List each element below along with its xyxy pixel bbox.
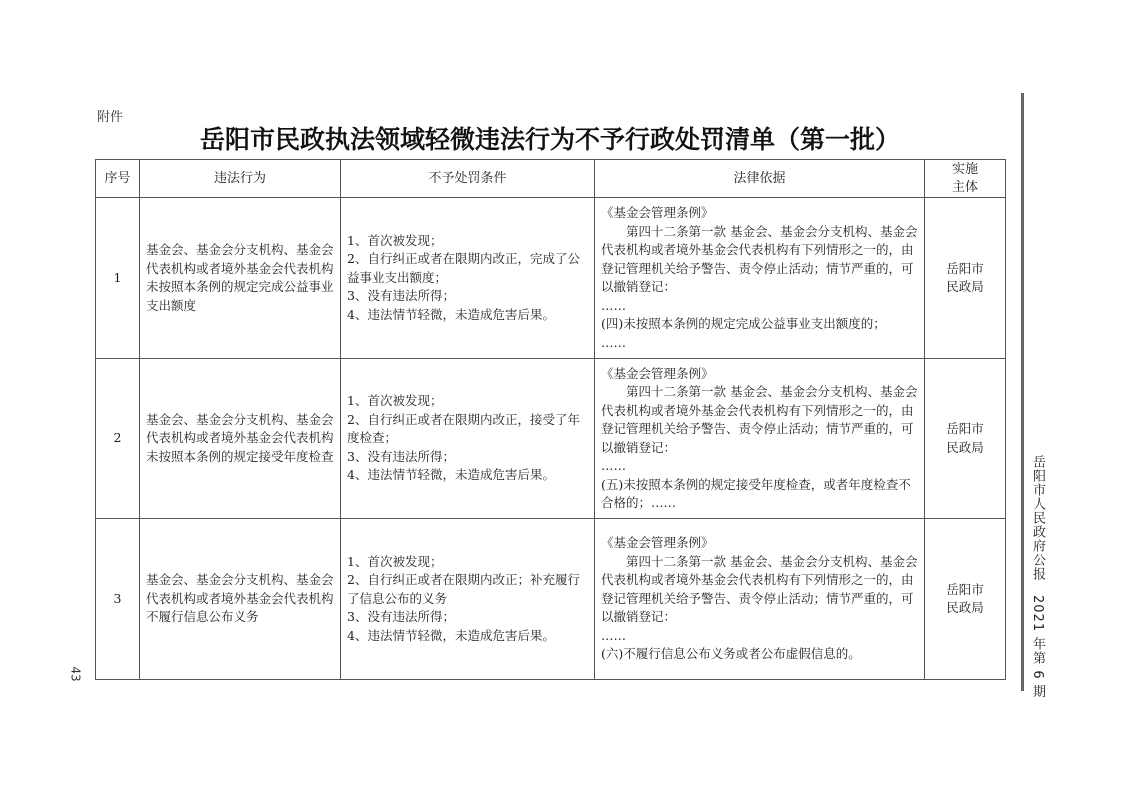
legal-basis-cell: 《基金会管理条例》 第四十二条第一款 基金会、基金会分支机构、基金会代表机构或者… (595, 198, 925, 359)
law-article: 第四十二条第一款 基金会、基金会分支机构、基金会代表机构或者境外基金会代表机构有… (601, 383, 918, 457)
table-row: 1 基金会、基金会分支机构、基金会代表机构或者境外基金会代表机构未按照本条例的规… (96, 198, 1006, 359)
subject-line1: 岳阳市 (931, 581, 999, 600)
law-name: 《基金会管理条例》 (601, 534, 918, 553)
condition-item: 1、首次被发现； (347, 553, 588, 572)
condition-item: 4、违法情节轻微，未造成危害后果。 (347, 306, 588, 325)
law-item: (六)不履行信息公布义务或者公布虚假信息的。 (601, 645, 918, 664)
violation-cell: 基金会、基金会分支机构、基金会代表机构或者境外基金会代表机构未按照本条例的规定完… (140, 198, 341, 359)
violation-cell: 基金会、基金会分支机构、基金会代表机构或者境外基金会代表机构未按照本条例的规定接… (140, 359, 341, 519)
legal-basis-cell: 《基金会管理条例》 第四十二条第一款 基金会、基金会分支机构、基金会代表机构或者… (595, 519, 925, 680)
table-row: 3 基金会、基金会分支机构、基金会代表机构或者境外基金会代表机构不履行信息公布义… (96, 519, 1006, 680)
ellipsis: …… (601, 457, 918, 476)
law-article: 第四十二条第一款 基金会、基金会分支机构、基金会代表机构或者境外基金会代表机构有… (601, 553, 918, 627)
subject-line1: 岳阳市 (931, 260, 999, 279)
penalty-exemption-table: 序号 违法行为 不予处罚条件 法律依据 实施 主体 1 基金会、基金会分支机构、… (95, 159, 1006, 680)
subject-cell: 岳阳市 民政局 (925, 359, 1006, 519)
side-running-header: 岳阳市人民政府公报2021 年第 6 期 (1028, 455, 1047, 699)
document-title: 岳阳市民政执法领域轻微违法行为不予行政处罚清单（第一批） (95, 120, 1005, 156)
subject-line1: 岳阳市 (931, 420, 999, 439)
issue-number: 2021 年第 6 期 (1030, 595, 1045, 699)
law-article: 第四十二条第一款 基金会、基金会分支机构、基金会代表机构或者境外基金会代表机构有… (601, 223, 918, 297)
law-item: (五)未按照本条例的规定接受年度检查，或者年度检查不合格的；…… (601, 476, 918, 513)
subject-line2: 民政局 (931, 599, 999, 618)
subject-line2: 民政局 (931, 278, 999, 297)
condition-item: 4、违法情节轻微，未造成危害后果。 (347, 627, 588, 646)
condition-item: 4、违法情节轻微，未造成危害后果。 (347, 466, 588, 485)
header-subject: 实施 主体 (925, 160, 1006, 198)
header-violation: 违法行为 (140, 160, 341, 198)
condition-item: 2、自行纠正或者在限期内改正；补充履行了信息公布的义务 (347, 571, 588, 608)
condition-item: 3、没有违法所得； (347, 448, 588, 467)
conditions-cell: 1、首次被发现； 2、自行纠正或者在限期内改正，接受了年度检查； 3、没有违法所… (341, 359, 595, 519)
header-subject-line2: 主体 (931, 179, 999, 197)
ellipsis: …… (601, 334, 918, 353)
condition-item: 2、自行纠正或者在限期内改正，完成了公益事业支出额度； (347, 250, 588, 287)
header-legal-basis: 法律依据 (595, 160, 925, 198)
row-number: 2 (96, 359, 140, 519)
subject-line2: 民政局 (931, 439, 999, 458)
condition-item: 3、没有违法所得； (347, 287, 588, 306)
subject-cell: 岳阳市 民政局 (925, 519, 1006, 680)
law-item: (四)未按照本条例的规定完成公益事业支出额度的； (601, 315, 918, 334)
row-number: 3 (96, 519, 140, 680)
conditions-cell: 1、首次被发现； 2、自行纠正或者在限期内改正，完成了公益事业支出额度； 3、没… (341, 198, 595, 359)
violation-cell: 基金会、基金会分支机构、基金会代表机构或者境外基金会代表机构不履行信息公布义务 (140, 519, 341, 680)
condition-item: 3、没有违法所得； (347, 608, 588, 627)
condition-item: 1、首次被发现； (347, 232, 588, 251)
condition-item: 2、自行纠正或者在限期内改正，接受了年度检查； (347, 411, 588, 448)
header-subject-line1: 实施 (931, 161, 999, 179)
ellipsis: …… (601, 627, 918, 646)
table-header-row: 序号 违法行为 不予处罚条件 法律依据 实施 主体 (96, 160, 1006, 198)
row-number: 1 (96, 198, 140, 359)
side-divider-rule (1021, 93, 1024, 691)
publication-name: 岳阳市人民政府公报 (1030, 455, 1045, 581)
header-no: 序号 (96, 160, 140, 198)
condition-item: 1、首次被发现； (347, 392, 588, 411)
header-conditions: 不予处罚条件 (341, 160, 595, 198)
conditions-cell: 1、首次被发现； 2、自行纠正或者在限期内改正；补充履行了信息公布的义务 3、没… (341, 519, 595, 680)
page-number: 43 (69, 666, 83, 681)
law-name: 《基金会管理条例》 (601, 365, 918, 384)
table-row: 2 基金会、基金会分支机构、基金会代表机构或者境外基金会代表机构未按照本条例的规… (96, 359, 1006, 519)
law-name: 《基金会管理条例》 (601, 204, 918, 223)
subject-cell: 岳阳市 民政局 (925, 198, 1006, 359)
ellipsis: …… (601, 297, 918, 316)
legal-basis-cell: 《基金会管理条例》 第四十二条第一款 基金会、基金会分支机构、基金会代表机构或者… (595, 359, 925, 519)
